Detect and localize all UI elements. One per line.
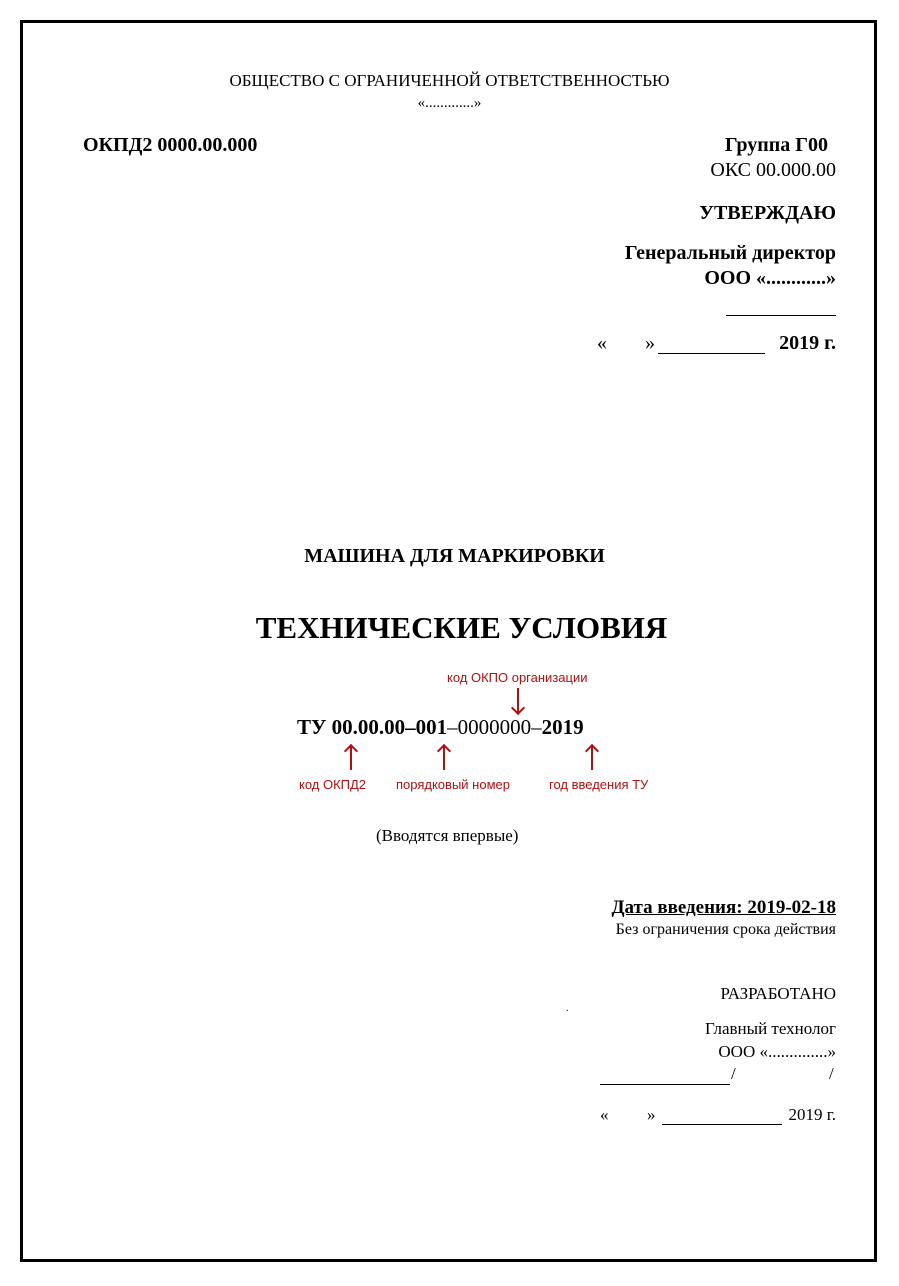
developed-company: ООО «..............» (718, 1042, 836, 1062)
group-code: Группа Г00 (725, 134, 828, 157)
approval-signature-line (726, 315, 836, 316)
developed-title: РАЗРАБОТАНО (721, 984, 837, 1004)
validity-note: Без ограничения срока действия (616, 921, 836, 939)
approval-date-line (658, 353, 765, 354)
tu-code: ТУ 00.00.00–001–0000000–2019 (297, 715, 584, 740)
annotation-year: год введения ТУ (549, 777, 648, 792)
arrow-up-icon (443, 745, 445, 770)
stray-dot: . (566, 1003, 569, 1014)
document-title: ТЕХНИЧЕСКИЕ УСЛОВИЯ (12, 610, 899, 646)
annotation-okpd2: код ОКПД2 (299, 777, 366, 792)
arrow-up-icon (350, 745, 352, 770)
tu-code-prefix: ТУ 00.00.00–001 (297, 715, 447, 739)
first-time-note: (Вводятся впервые) (376, 826, 518, 846)
signature-separator-1: / (731, 1064, 736, 1084)
annotation-serial: порядковый номер (396, 777, 510, 792)
developed-signature-line (600, 1084, 730, 1085)
effective-date: Дата введения: 2019-02-18 (611, 897, 836, 919)
arrow-down-icon (517, 688, 519, 714)
developed-position: Главный технолог (705, 1019, 836, 1039)
signature-separator-2: / (829, 1064, 834, 1084)
oks-code: ОКС 00.000.00 (710, 159, 836, 182)
tu-code-year: 2019 (542, 715, 584, 739)
approval-date-close: » (645, 332, 655, 355)
approval-title: УТВЕРЖДАЮ (699, 202, 836, 225)
org-name: «.............» (0, 95, 899, 112)
annotation-okpo: код ОКПО организации (447, 670, 587, 685)
approval-year: 2019 г. (779, 332, 836, 355)
arrow-up-icon (591, 745, 593, 770)
product-name: МАШИНА ДЛЯ МАРКИРОВКИ (5, 545, 899, 568)
developed-date-close: » (647, 1105, 656, 1125)
developed-date-open: « (600, 1105, 609, 1125)
tu-code-okpo: –0000000– (447, 715, 542, 739)
approval-position: Генеральный директор (625, 242, 836, 265)
developed-date-line (662, 1124, 782, 1125)
approval-date-open: « (597, 332, 607, 355)
developed-year: 2019 г. (788, 1105, 836, 1125)
okpd2-code: ОКПД2 0000.00.000 (83, 134, 257, 157)
org-type: ОБЩЕСТВО С ОГРАНИЧЕННОЙ ОТВЕТСТВЕННОСТЬЮ (0, 71, 899, 91)
approval-company: ООО «............» (704, 267, 836, 290)
